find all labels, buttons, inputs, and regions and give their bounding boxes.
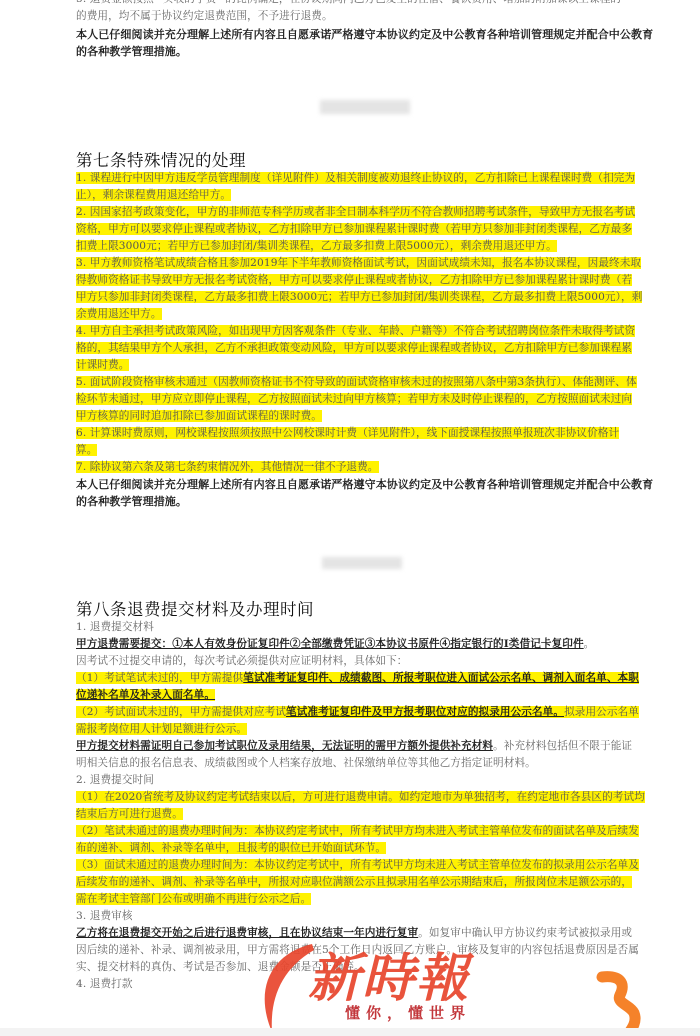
article8-sub1-note: 因考试不过提交申请的，每次考试必须提供对应证明材料，具体如下： [76,653,408,670]
required-materials: 甲方退费需要提交：①本人有效身份证复印件②全部缴费凭证③本协议书原件④指定银行的… [76,638,584,650]
time-line: 布的递补、调剂、补录等名单中，且报考的职位已开始面试环节。 [76,842,386,854]
redacted-region [322,557,402,569]
article7-line: 资格，甲方可以要求停止课程或者协议，乙方扣除甲方已参加课程累计课时费（若甲方只参… [76,223,632,235]
time-line: （1）在2020省统考及协议约定考试结束以后，方可进行退费申请。如约定地市为单独… [76,791,645,803]
article7-line: 7. 除协议第六条及第七条约束情况外，其他情况一律不予退费。 [76,461,379,473]
document-page: 5. 退费金额按照“ 实收的学费 ”的比例确定，在协议期间内乙方已发生的住宿、餐… [0,0,700,1036]
article8-sub2-title: 2. 退费提交时间 [76,772,154,789]
article7-line: 扣费上限3000元；若甲方已参加封闭/集训类课程，乙方最多扣费上限5000元），… [76,240,557,252]
time-line: 需在考试主管部门公布或明确不再进行公示之后。 [76,893,311,905]
article7-line: 4. 甲方自主承担考试政策风险，如出现甲方因客观条件（专业、年龄、户籍等）不符合… [76,325,635,337]
top-line-2: 的费用，均不属于协议约定退费范围，不予进行退费。 [76,8,333,25]
article7-line: 余费用退还甲方。 [76,308,162,320]
proof-bold: 甲方提交材料需证明自己参加考试职位及录用结果，无法证明的需甲方额外提供补充材料 [76,740,493,752]
article7-line: 止），剩余课程费用退还给甲方。 [76,189,231,201]
article7-line: 1. 课程进行中因甲方违反学员管理制度（详见附件）及相关制度被劝退终止协议的，乙… [76,172,635,184]
article7-line: 格的，其结果甲方个人承担，乙方不承担政策变动风险，甲方可以要求停止课程或者协议，… [76,342,632,354]
top-partial-line: 5. 退费金额按照“ 实收的学费 ”的比例确定，在协议期间内乙方已发生的住宿、餐… [76,0,621,8]
article7-line: 甲方核算的同时追加扣除已参加面试课程的课时费。 [76,410,322,422]
time-line: 结束后方可进行退费。 [76,808,183,820]
newspaper-watermark: 新時報 懂你，懂世界 [250,940,510,1036]
time-line: （3）面试未通过的退费办理时间为：本协议约定考试中，所有考试甲方均未进入考试主管… [76,859,639,871]
time-line: （2）笔试未通过的退费办理时间为：本协议约定考试中，所有考试甲方均未进入考试主管… [76,825,639,837]
top-commitment-2: 的各种教学管理措施。 [76,43,187,60]
item1-bold-b: 位递补名单及补录入面名单。 [76,689,215,701]
watermark-brand: 新時報 [308,936,470,1011]
article8-sub3-title: 3. 退费审核 [76,908,133,925]
article7-line: 得教师资格证书导致甲方无报名考试资格，甲方可以要求停止课程或者协议，乙方扣除甲方… [76,274,632,286]
bottom-bar [0,1028,700,1036]
item2-prefix: （2）考试面试未过的，甲方需提供对应考试 [76,706,286,718]
top-commitment-1: 本人已仔细阅读并充分理解上述所有内容且自愿承诺严格遵守本协议约定及中公教育各种培… [76,26,653,43]
item2-suffix: 拟录用公示名单 [564,706,639,718]
article8-sub1-title: 1. 退费提交材料 [76,619,154,636]
article8-sub4-title: 4. 退费打款 [76,976,133,993]
article7-commitment-2: 的各种教学管理措施。 [76,493,187,510]
redacted-region [320,100,410,114]
article7-line: 计课时费。 [76,359,129,371]
item2-line2: 需报考岗位用人计划足额进行公示。 [76,723,247,735]
proof-line2: 明相关信息的报名信息表、成绩截图或个人档案存放地、社保缴纳单位等其他乙方指定证明… [76,755,536,772]
article7-line: 6. 计算课时费原则，网校课程按照须按照中公网校课时计费（详见附件），线下面授课… [76,427,619,439]
article7-line: 5. 面试阶段资格审核未通过（因教师资格证书不符导致的面试资格审核未过的按照第八… [76,376,637,388]
article7-line: 甲方只参加非封闭类课程，乙方最多扣费上限3000元；若甲方已参加封闭/集训类课程… [76,291,642,303]
article7-line: 检环节未通过，甲方应立即停止课程，乙方按照面试未过向甲方核算；若甲方未及时停止课… [76,393,632,405]
item1-bold-a: 笔试准考证复印件、成绩截图、所报考职位进入面试公示名单、调剂入面名单、本职 [243,672,639,684]
item1-prefix: （1）考试笔试未过的，甲方需提供 [76,672,243,684]
punct: 。 [584,638,595,650]
proof-rest: 。补充材料包括但不限于能证 [493,740,632,752]
watermark-slogan: 懂你，懂世界 [345,1002,471,1023]
item2-bold: 笔试准考证复印件及甲方报考职位对应的拟录用公示名单。 [286,706,564,718]
article7-commitment-1: 本人已仔细阅读并充分理解上述所有内容且自愿承诺严格遵守本协议约定及中公教育各种培… [76,476,653,493]
article7-line: 2. 因国家招考政策变化，甲方的非师范专科学历或者非全日制本科学历不符合教师招聘… [76,206,635,218]
handwritten-mark-icon [590,965,660,1036]
article7-line: 算。 [76,444,97,456]
article7-title: 第七条特殊情况的处理 [76,147,246,171]
article8-title: 第八条退费提交材料及办理时间 [76,596,314,620]
article7-line: 3. 甲方教师资格笔试成绩合格且参加2019年下半年教师资格面试考试，因面试成绩… [76,257,641,269]
time-line: 后续发布的递补、调剂、补录等名单中，所报对应职位满额公示且拟录用名单公示期结束后… [76,876,632,888]
